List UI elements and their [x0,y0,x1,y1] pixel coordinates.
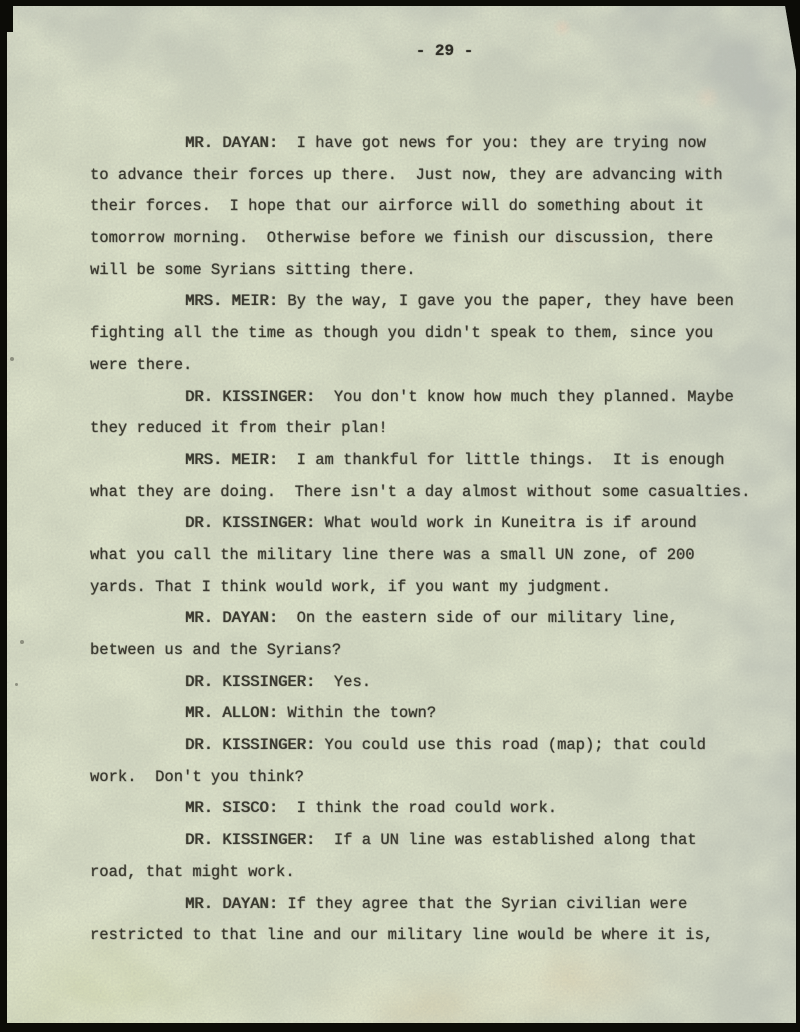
speaker-label: MR. DAYAN: [185,609,278,627]
transcript-line: MRS. MEIR: By the way, I gave you the pa… [90,286,790,318]
transcript-line: DR. KISSINGER: You could use this road (… [90,730,790,762]
transcript-paragraph: MR. ALLON: Within the town? [90,698,790,730]
speaker-label: DR. KISSINGER: [185,673,315,691]
speaker-label: MR. DAYAN: [185,134,278,152]
transcript-body: MR. DAYAN: I have got news for you: they… [90,128,790,952]
transcript-line: MR. SISCO: I think the road could work. [90,793,790,825]
ink-speck [10,357,14,361]
transcript-paragraph: DR. KISSINGER: Yes. [90,667,790,699]
transcript-paragraph: MR. DAYAN: If they agree that the Syrian… [90,889,790,952]
transcript-line: DR. KISSINGER: You don't know how much t… [90,382,790,414]
speaker-label: MR. DAYAN: [185,895,278,913]
speaker-label: MRS. MEIR: [185,451,278,469]
transcript-line: MRS. MEIR: I am thankful for little thin… [90,445,790,477]
transcript-line: DR. KISSINGER: If a UN line was establis… [90,825,790,857]
transcript-line: MR. DAYAN: On the eastern side of our mi… [90,603,790,635]
speaker-label: DR. KISSINGER: [185,388,315,406]
transcript-line: fighting all the time as though you didn… [90,318,790,350]
transcript-paragraph: MR. DAYAN: On the eastern side of our mi… [90,603,790,666]
transcript-paragraph: DR. KISSINGER: You could use this road (… [90,730,790,793]
transcript-line: DR. KISSINGER: Yes. [90,667,790,699]
transcript-line: restricted to that line and our military… [90,920,790,952]
scan-edge-corner [0,0,13,32]
transcript-paragraph: MRS. MEIR: I am thankful for little thin… [90,445,790,508]
transcript-paragraph: DR. KISSINGER: What would work in Kuneit… [90,508,790,603]
transcript-line: MR. DAYAN: I have got news for you: they… [90,128,790,160]
speaker-label: DR. KISSINGER: [185,831,315,849]
transcript-line: to advance their forces up there. Just n… [90,160,790,192]
speaker-label: MR. ALLON: [185,704,278,722]
transcript-line: yards. That I think would work, if you w… [90,572,790,604]
speaker-label: DR. KISSINGER: [185,736,315,754]
transcript-line: will be some Syrians sitting there. [90,255,790,287]
ink-speck [15,683,18,686]
transcript-line: road, that might work. [90,857,790,889]
transcript-line: work. Don't you think? [90,762,790,794]
transcript-line: DR. KISSINGER: What would work in Kuneit… [90,508,790,540]
transcript-line: their forces. I hope that our airforce w… [90,191,790,223]
transcript-line: MR. DAYAN: If they agree that the Syrian… [90,889,790,921]
ink-speck [20,640,24,644]
document-page: - 29 - MR. DAYAN: I have got news for yo… [7,6,796,1023]
page-number: - 29 - [93,42,796,60]
transcript-paragraph: MR. DAYAN: I have got news for you: they… [90,128,790,286]
transcript-paragraph: DR. KISSINGER: You don't know how much t… [90,382,790,445]
transcript-line: what they are doing. There isn't a day a… [90,477,790,509]
speaker-label: MR. SISCO: [185,799,278,817]
transcript-line: what you call the military line there wa… [90,540,790,572]
scanned-document: { "page": { "number_label": "- 29 -" }, … [0,0,800,1032]
transcript-paragraph: DR. KISSINGER: If a UN line was establis… [90,825,790,888]
transcript-line: they reduced it from their plan! [90,413,790,445]
speaker-label: MRS. MEIR: [185,292,278,310]
transcript-paragraph: MR. SISCO: I think the road could work. [90,793,790,825]
transcript-line: MR. ALLON: Within the town? [90,698,790,730]
transcript-line: were there. [90,350,790,382]
transcript-line: tomorrow morning. Otherwise before we fi… [90,223,790,255]
transcript-paragraph: MRS. MEIR: By the way, I gave you the pa… [90,286,790,381]
speaker-label: DR. KISSINGER: [185,514,315,532]
transcript-line: between us and the Syrians? [90,635,790,667]
